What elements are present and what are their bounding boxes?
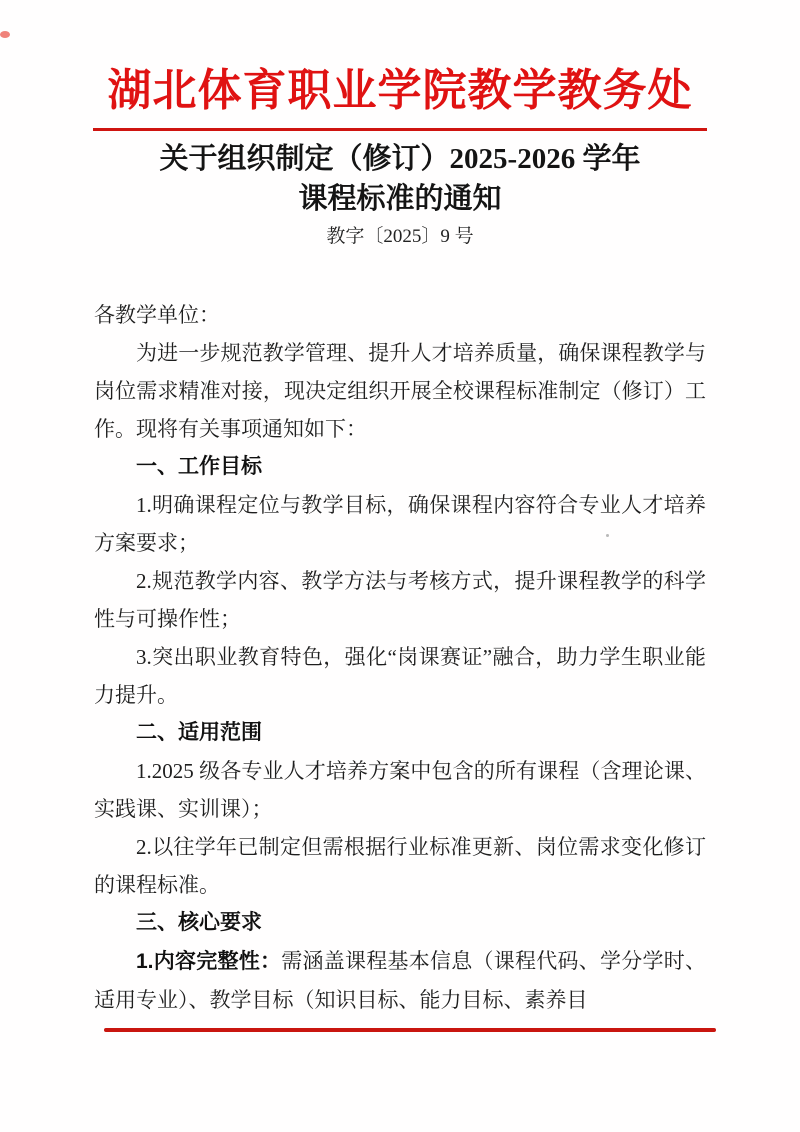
document-number: 教字〔2025〕9 号 [0, 224, 800, 250]
paragraph-requirement-1: 1.内容完整性：需涵盖课程基本信息（课程代码、学分学时、适用专业）、教学目标（知… [94, 942, 706, 1019]
document-title: 关于组织制定（修订）2025-2026 学年 课程标准的通知 [0, 139, 800, 219]
paragraph-goal-2: 2.规范教学内容、教学方法与考核方式，提升课程教学的科学性与可操作性； [94, 562, 706, 638]
footer-red-rule [104, 1028, 716, 1032]
issuer-title: 湖北体育职业学院教学教务处 [40, 62, 760, 120]
paragraph-intro: 为进一步规范教学管理、提升人才培养质量，确保课程教学与岗位需求精准对接，现决定组… [94, 334, 706, 448]
paragraph-scope-1: 1.2025 级各专业人才培养方案中包含的所有课程（含理论课、实践课、实训课）； [94, 752, 706, 828]
section-heading-2: 二、适用范围 [94, 714, 706, 752]
section-heading-3: 三、核心要求 [94, 904, 706, 942]
paragraph-goal-1: 1.明确课程定位与教学目标，确保课程内容符合专业人才培养方案要求； [94, 486, 706, 562]
scan-artifact-gray-dot [606, 534, 609, 537]
salutation: 各教学单位： [94, 296, 706, 334]
document-title-line1: 关于组织制定（修订）2025-2026 学年 [0, 139, 800, 179]
document-page: 湖北体育职业学院教学教务处 关于组织制定（修订）2025-2026 学年 课程标… [0, 0, 800, 1132]
requirement-bold-lead: 1.内容完整性： [136, 950, 281, 973]
document-title-line2: 课程标准的通知 [0, 179, 800, 219]
section-heading-1: 一、工作目标 [94, 448, 706, 486]
scan-artifact-red-speck [0, 31, 10, 38]
paragraph-goal-3: 3.突出职业教育特色，强化“岗课赛证”融合，助力学生职业能力提升。 [94, 638, 706, 714]
header-red-rule [93, 128, 707, 131]
paragraph-scope-2: 2.以往学年已制定但需根据行业标准更新、岗位需求变化修订的课程标准。 [94, 828, 706, 904]
document-body: 各教学单位： 为进一步规范教学管理、提升人才培养质量，确保课程教学与岗位需求精准… [94, 296, 706, 1019]
